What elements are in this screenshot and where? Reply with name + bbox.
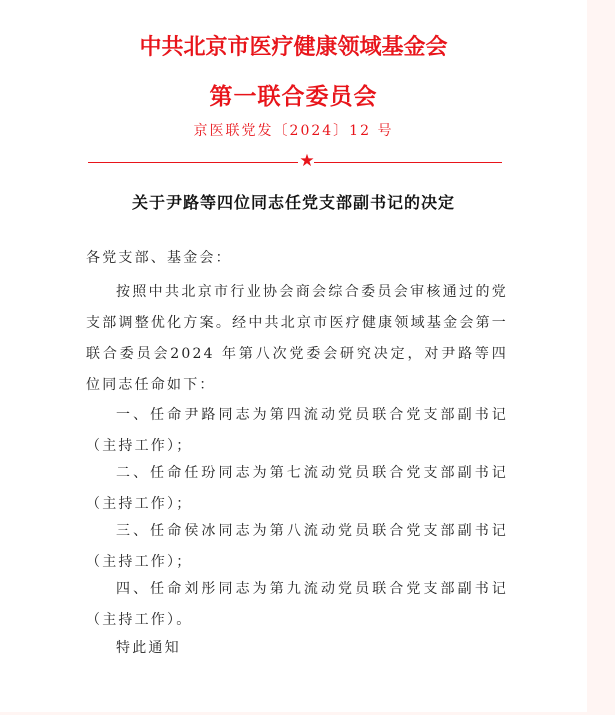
appointment-item: 四、任命刘彤同志为第九流动党员联合党支部副书记（主持工作）。 [86,574,508,636]
divider-line-left [88,162,298,163]
document-title: 关于尹路等四位同志任党支部副书记的决定 [0,190,587,213]
star-icon: ★ [298,152,316,170]
intro-paragraph: 按照中共北京市行业协会商会综合委员会审核通过的党支部调整优化方案。经中共北京市医… [86,277,508,401]
appointment-item: 三、任命侯冰同志为第八流动党员联合党支部副书记（主持工作）； [86,516,508,578]
red-divider: ★ [88,152,502,172]
appointment-item: 一、任命尹路同志为第四流动党员联合党支部副书记（主持工作）； [86,400,508,462]
divider-line-right [314,162,502,163]
closing-text: 特此通知 [86,633,508,664]
document-page: 中共北京市医疗健康领域基金会 第一联合委员会 京医联党发〔2024〕12 号 ★… [0,0,587,712]
salutation: 各党支部、基金会： [86,243,508,274]
org-name-line1: 中共北京市医疗健康领域基金会 [0,30,587,61]
appointment-item: 二、任命任玢同志为第七流动党员联合党支部副书记（主持工作）； [86,458,508,520]
org-name-line2: 第一联合委员会 [0,78,587,111]
document-number: 京医联党发〔2024〕12 号 [0,120,587,140]
